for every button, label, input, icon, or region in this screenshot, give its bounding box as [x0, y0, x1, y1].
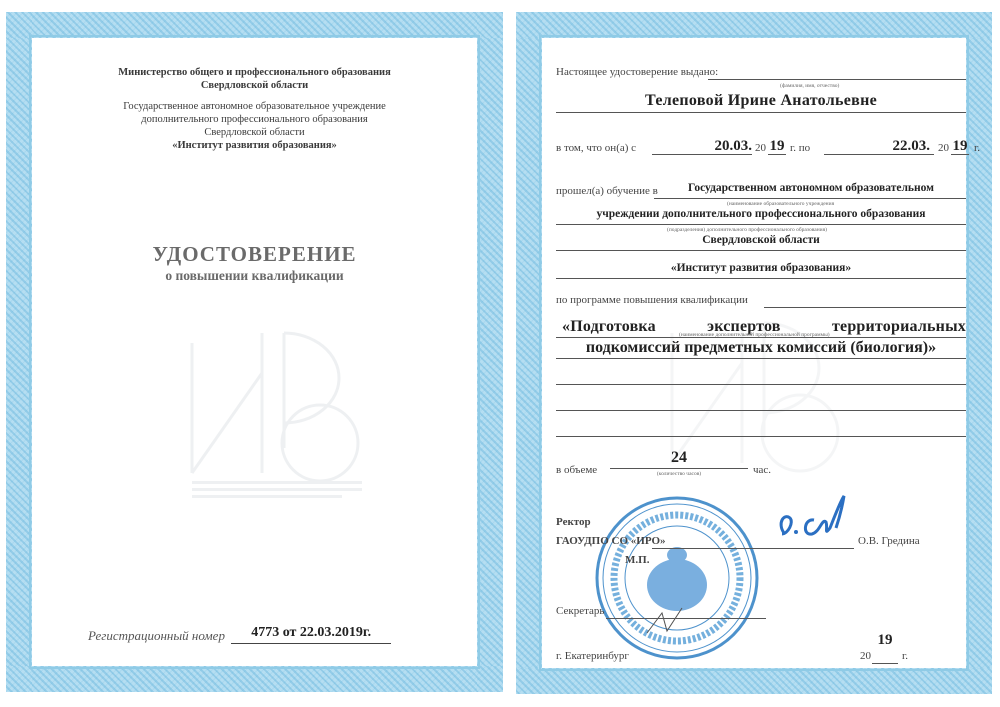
institution-underline — [556, 224, 966, 225]
issued-to-row: Настоящее удостоверение выдано: — [556, 66, 952, 78]
footer-year-line — [872, 663, 898, 664]
footer-year: 19 — [872, 632, 898, 649]
program-name-line: подкомиссий предметных комиссий (биологи… — [556, 339, 966, 357]
year-suffix: г. — [974, 142, 980, 154]
institution-underline — [556, 278, 966, 279]
details-content: Настоящее удостоверение выдано: (фамилия… — [542, 38, 966, 668]
blank-line — [556, 384, 966, 385]
registration-number: Регистрационный номер 4773 от 22.03.2019… — [88, 628, 391, 644]
institution-line: учреждении дополнительного профессиональ… — [556, 208, 966, 220]
institution-hint: (наименование образовательного учреждени… — [727, 201, 834, 207]
cover-content: Министерство общего и профессионального … — [32, 38, 477, 666]
program-underline — [556, 358, 966, 359]
organization-line: «Институт развития образования» — [32, 139, 477, 152]
organization-line: Свердловской области — [32, 126, 477, 139]
blank-line — [556, 410, 966, 411]
rector-signature-icon — [772, 488, 862, 558]
year-to: 19 — [951, 138, 969, 155]
trained-label: прошел(а) обучение в — [556, 185, 658, 197]
ministry-line: Свердловской области — [32, 79, 477, 92]
institution-line: Свердловской области — [556, 234, 966, 246]
document-subtitle: о повышении квалификации — [32, 268, 477, 284]
volume-hours: 24 — [610, 449, 748, 467]
secretary-label: Секретарь — [556, 605, 952, 617]
institution-line: Государственном автономном образовательн… — [656, 182, 966, 194]
document-title: УДОСТОВЕРЕНИЕ — [32, 242, 477, 267]
volume-label: в объеме — [556, 464, 597, 476]
volume-hint: (количество часов) — [610, 471, 748, 477]
program-label: по программе повышения квалификации — [556, 294, 748, 306]
secretary-signature-line — [606, 618, 766, 619]
recipient-name: Телеповой Ирине Анатольевне — [556, 92, 966, 110]
date-to-label: г. по — [790, 142, 810, 154]
year-prefix: 20 — [938, 142, 949, 154]
institution-hint: (подразделения) дополнительного професси… — [667, 227, 827, 233]
rector-name: О.В. Гредина — [858, 535, 952, 547]
institution-line: «Институт развития образования» — [556, 262, 966, 274]
ministry-line: Министерство общего и профессионального … — [32, 66, 477, 79]
period-row: в том, что он(а) с 20.03. 20 19 г. по 22… — [556, 140, 952, 156]
year-from: 19 — [768, 138, 786, 155]
organization-header: Государственное автономное образовательн… — [32, 100, 477, 152]
date-from: 20.03. — [652, 138, 752, 155]
institution-underline — [654, 198, 966, 199]
ministry-header: Министерство общего и профессионального … — [32, 66, 477, 92]
organization-line: дополнительного профессионального образо… — [32, 113, 477, 126]
volume-line — [610, 468, 748, 469]
program-label-row: по программе повышения квалификации — [556, 294, 952, 306]
registration-label: Регистрационный номер — [88, 628, 225, 643]
certificate-details-page: Настоящее удостоверение выдано: (фамилия… — [516, 12, 992, 694]
period-label: в том, что он(а) с — [556, 142, 636, 154]
rector-title: Ректор — [556, 516, 952, 528]
volume-unit: час. — [753, 464, 952, 476]
iro-logo-watermark-icon — [172, 313, 372, 503]
registration-line: 4773 от 22.03.2019г. — [231, 629, 391, 644]
institution-underline — [556, 250, 966, 251]
blank-line — [556, 436, 966, 437]
issued-to-label: Настоящее удостоверение выдано: — [556, 66, 718, 78]
date-to: 22.03. — [824, 138, 930, 155]
program-hint: (наименование дополнительной профессиона… — [679, 332, 830, 338]
recipient-line — [556, 112, 966, 113]
year-prefix: 20 — [755, 142, 766, 154]
program-label-line — [764, 307, 966, 308]
issued-to-line — [708, 79, 966, 80]
certificate-cover-page: Министерство общего и профессионального … — [6, 12, 503, 692]
registration-value: 4773 от 22.03.2019г. — [231, 625, 391, 641]
issued-to-hint: (фамилия, имя, отчество) — [780, 83, 839, 89]
footer-year-suffix: г. — [902, 650, 952, 662]
organization-line: Государственное автономное образовательн… — [32, 100, 477, 113]
